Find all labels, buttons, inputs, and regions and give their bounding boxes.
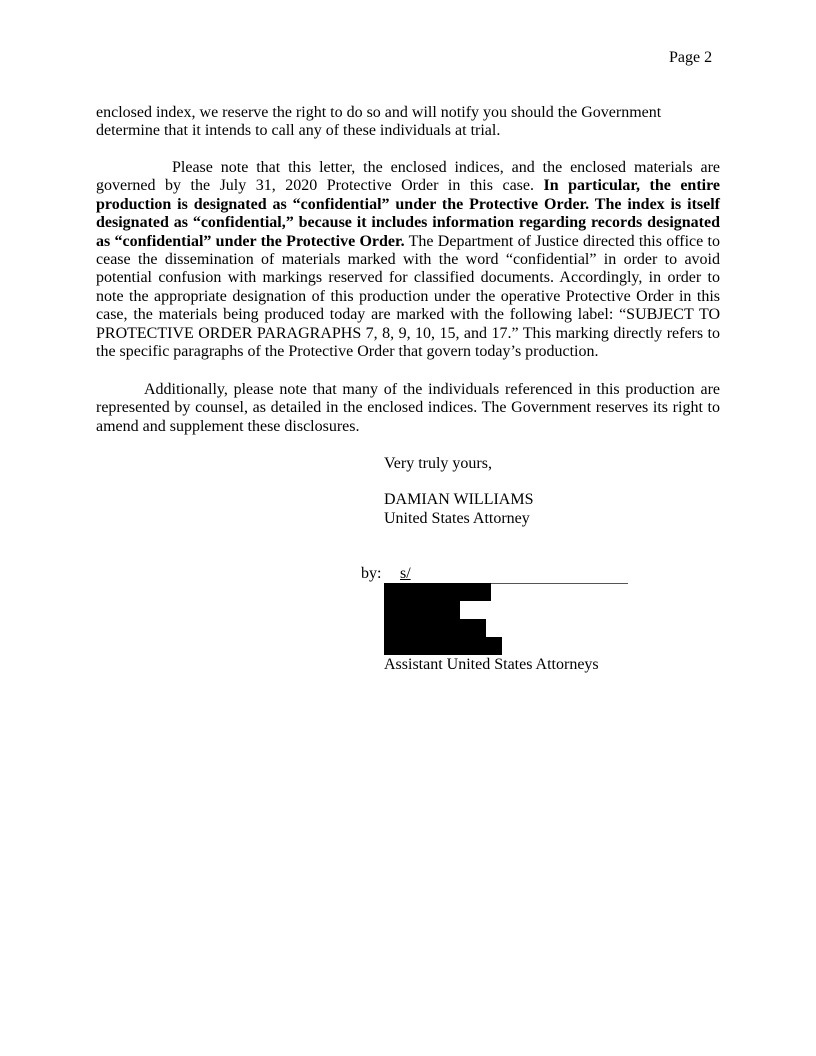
- paragraph-protective-order: Please note that this letter, the enclos…: [96, 159, 720, 361]
- page-number: Page 2: [669, 49, 712, 67]
- paragraph-text: Additionally, please note that many of t…: [96, 381, 720, 435]
- redaction-bar: [384, 601, 460, 619]
- redaction-bar: [384, 619, 486, 637]
- signer-title: United States Attorney: [384, 510, 530, 528]
- closing: Very truly yours,: [384, 455, 492, 473]
- signature-mark: s/: [400, 565, 411, 583]
- paragraph-text: The Department of Justice directed this …: [96, 233, 720, 360]
- redaction-bar: [384, 583, 491, 601]
- ausa-title: Assistant United States Attorneys: [384, 656, 599, 674]
- by-label: by:: [361, 565, 381, 583]
- paragraph-counsel-notice: Additionally, please note that many of t…: [96, 381, 720, 436]
- signature-line: s/: [384, 565, 628, 584]
- signer-name: DAMIAN WILLIAMS: [384, 491, 533, 509]
- paragraph-index-notice: enclosed index, we reserve the right to …: [96, 104, 720, 141]
- redaction-bar: [384, 637, 502, 655]
